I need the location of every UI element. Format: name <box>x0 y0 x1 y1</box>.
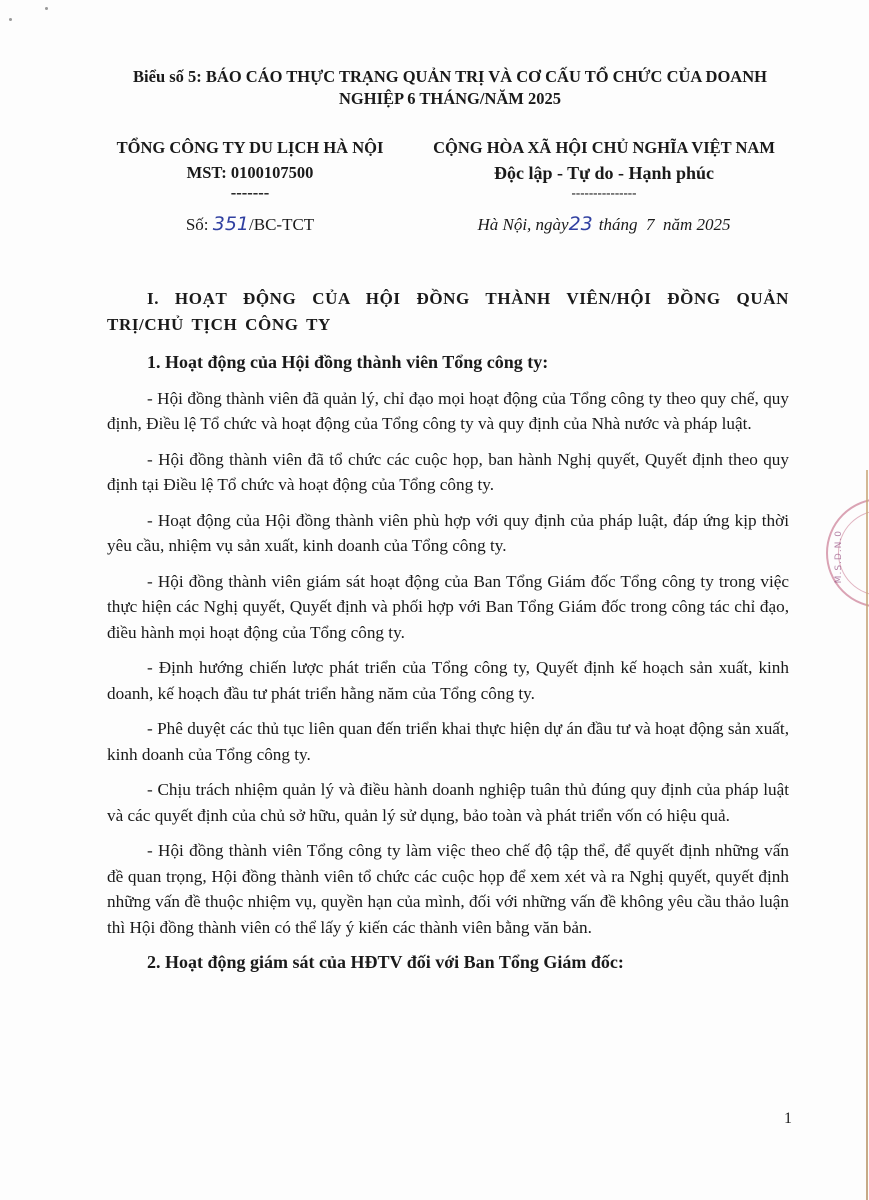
subsection-heading-1: 1. Hoạt động của Hội đồng thành viên Tổn… <box>107 350 789 376</box>
paragraph: - Hoạt động của Hội đồng thành viên phù … <box>107 508 789 559</box>
company-name: TỔNG CÔNG TY DU LỊCH HÀ NỘI <box>100 136 400 160</box>
scan-speck <box>9 18 12 21</box>
national-motto: Độc lập - Tự do - Hạnh phúc <box>408 160 800 186</box>
company-seal-stamp: M.S.D.N.0 <box>826 498 869 608</box>
paragraph: - Hội đồng thành viên giám sát hoạt động… <box>107 569 789 646</box>
paragraph: - Định hướng chiến lược phát triển của T… <box>107 655 789 706</box>
place-date-prefix: Hà Nội, ngày <box>477 215 568 234</box>
document-page: Biểu số 5: BÁO CÁO THỰC TRẠNG QUẢN TRỊ V… <box>0 0 869 1200</box>
subsection-heading-2: 2. Hoạt động giám sát của HĐTV đối với B… <box>107 950 789 976</box>
place-and-date: Hà Nội, ngày23tháng 7 năm 2025 <box>408 212 800 237</box>
issuer-divider: ------- <box>100 186 400 200</box>
seal-text: M.S.D.N.0 <box>834 530 844 583</box>
document-number-suffix: /BC-TCT <box>249 215 314 234</box>
paragraph: - Phê duyệt các thủ tục liên quan đến tr… <box>107 716 789 767</box>
paragraph: - Hội đồng thành viên đã tổ chức các cuộ… <box>107 447 789 498</box>
issuer-header: TỔNG CÔNG TY DU LỊCH HÀ NỘI MST: 0100107… <box>100 136 400 237</box>
section-heading: I. HOẠT ĐỘNG CỦA HỘI ĐỒNG THÀNH VIÊN/HỘI… <box>107 286 789 337</box>
document-number: Số: 351/BC-TCT <box>100 212 400 237</box>
place-date-month-year: tháng 7 năm 2025 <box>599 215 731 234</box>
paragraph: - Chịu trách nhiệm quản lý và điều hành … <box>107 777 789 828</box>
page-number: 1 <box>784 1110 792 1128</box>
form-title: Biểu số 5: BÁO CÁO THỰC TRẠNG QUẢN TRỊ V… <box>100 66 800 110</box>
report-body: I. HOẠT ĐỘNG CỦA HỘI ĐỒNG THÀNH VIÊN/HỘI… <box>107 286 789 986</box>
scan-speck <box>45 7 48 10</box>
day-handwritten: 23 <box>569 213 593 235</box>
paragraph: - Hội đồng thành viên đã quản lý, chỉ đạ… <box>107 386 789 437</box>
document-number-prefix: Số: <box>186 215 213 234</box>
form-title-line-2: NGHIỆP 6 THÁNG/NĂM 2025 <box>100 88 800 110</box>
national-header: CỘNG HÒA XÃ HỘI CHỦ NGHĨA VIỆT NAM Độc l… <box>408 136 800 237</box>
document-number-handwritten: 351 <box>213 213 249 235</box>
scan-edge-line <box>866 470 868 1200</box>
national-name: CỘNG HÒA XÃ HỘI CHỦ NGHĨA VIỆT NAM <box>408 136 800 160</box>
national-divider: --------------- <box>408 186 800 200</box>
form-title-line-1: Biểu số 5: BÁO CÁO THỰC TRẠNG QUẢN TRỊ V… <box>100 66 800 88</box>
paragraph: - Hội đồng thành viên Tổng công ty làm v… <box>107 838 789 940</box>
